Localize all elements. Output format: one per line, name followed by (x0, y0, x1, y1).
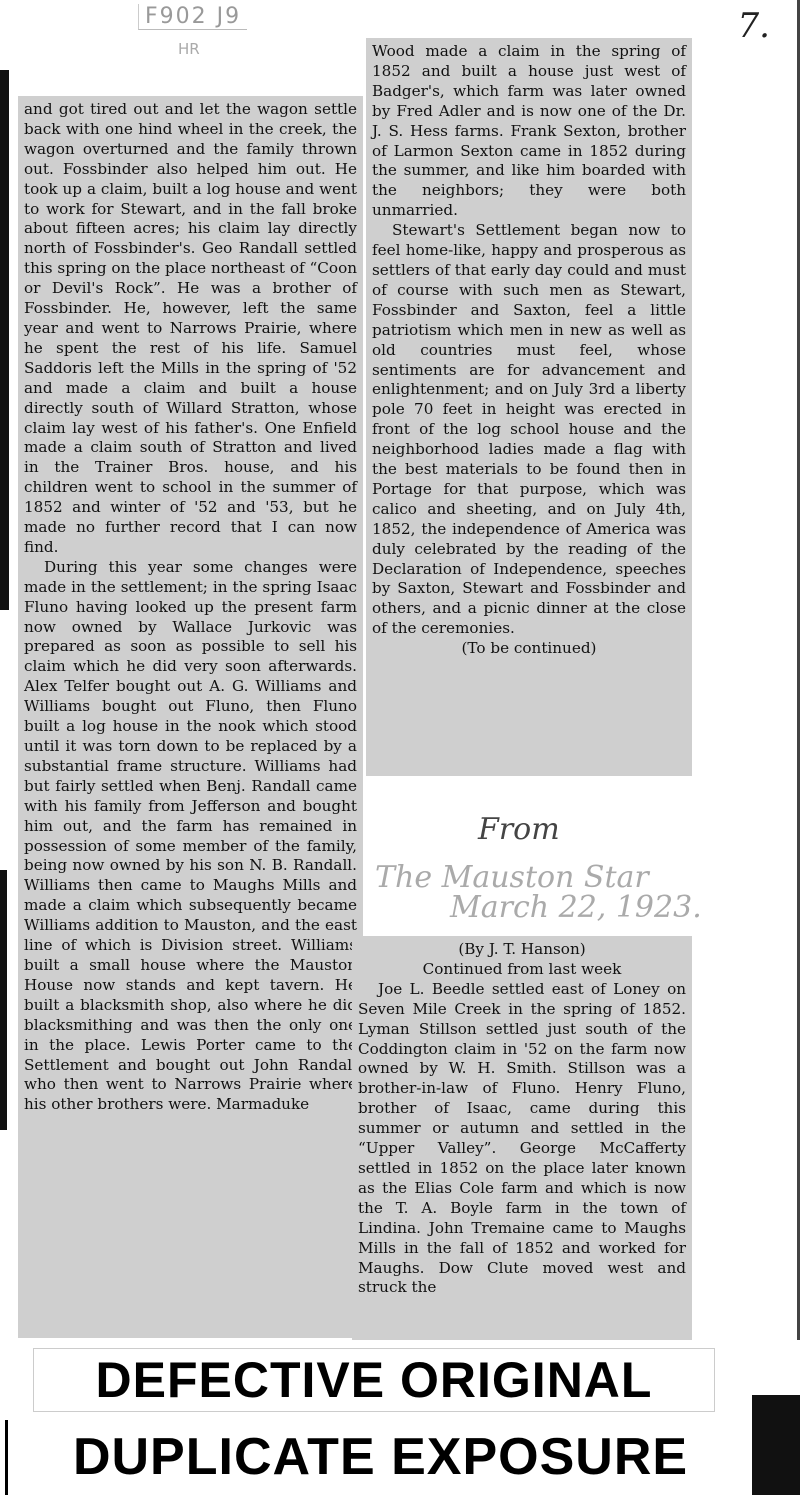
paragraph: and got tired out and let the wagon sett… (24, 100, 357, 558)
continued-from: Continued from last week (358, 960, 686, 980)
handwritten-from: From (478, 812, 560, 847)
scan-edge-left (0, 70, 9, 610)
call-number: F902 J9 (138, 4, 247, 30)
article-column-right-bottom: (By J. T. Hanson) Continued from last we… (352, 936, 692, 1340)
call-suffix: HR (178, 40, 200, 58)
scan-edge-bottom-right (752, 1395, 800, 1495)
paragraph: During this year some changes were made … (24, 558, 357, 1115)
handwritten-date: March 22, 1923. (450, 890, 702, 925)
paragraph: Joe L. Beedle settled east of Loney on S… (358, 980, 686, 1299)
article-column-right-top: Wood made a claim in the spring of 1852 … (366, 38, 692, 776)
article-column-left: and got tired out and let the wagon sett… (18, 96, 363, 1338)
continued-note: (To be continued) (372, 639, 686, 659)
defective-original-stamp: DEFECTIVE ORIGINAL (33, 1348, 715, 1412)
duplicate-exposure-stamp: DUPLICATE EXPOSURE (5, 1420, 753, 1495)
byline: (By J. T. Hanson) (358, 940, 686, 960)
page-number: 7. (738, 6, 770, 46)
paragraph: Wood made a claim in the spring of 1852 … (372, 42, 686, 221)
paragraph: Stewart's Settlement began now to feel h… (372, 221, 686, 639)
scan-edge-left-lower (0, 870, 7, 1130)
